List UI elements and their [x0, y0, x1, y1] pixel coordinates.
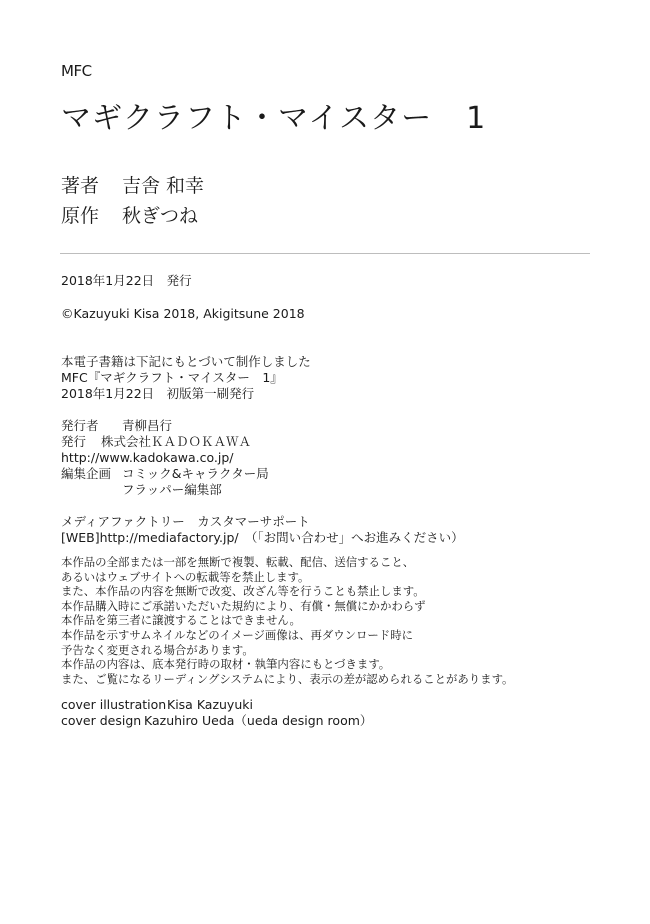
credits-block: 著者 吉舎 和幸 原作 秋ぎつね: [61, 171, 204, 231]
credit-original-work: 原作 秋ぎつね: [61, 201, 204, 231]
publisher-company-label: 発行: [61, 434, 101, 450]
editorial-row: 編集企画 コミック&キャラクター局: [61, 466, 269, 482]
staff-label: cover design: [61, 713, 144, 729]
publisher-person-row: 発行者 青柳昌行: [61, 418, 269, 434]
release-date: 2018年1月22日 発行: [61, 273, 192, 289]
disclaimer-line: 本作品を示すサムネイルなどのイメージ画像は、再ダウンロード時に: [61, 628, 513, 643]
credit-role: 著者: [61, 171, 122, 201]
credit-role: 原作: [61, 201, 122, 231]
publisher-company-value: 株式会社ＫＡＤＯＫＡＷＡ: [101, 434, 251, 450]
legal-disclaimer: 本作品の全部または一部を無断で複製、転載、配信、送信すること、 あるいはウェブサ…: [61, 555, 513, 686]
editorial-value: コミック&キャラクター局: [122, 466, 269, 482]
staff-row-illustration: cover illustration Kisa Kazuyuki: [61, 697, 372, 713]
volume-number: 1: [466, 100, 486, 138]
imprint-label: MFC: [61, 62, 92, 80]
credit-author: 著者 吉舎 和幸: [61, 171, 204, 201]
customer-support-block: メディアファクトリー カスタマーサポート [WEB]http://mediafa…: [61, 514, 464, 546]
publisher-block: 発行者 青柳昌行 発行 株式会社ＫＡＤＯＫＡＷＡ http://www.kado…: [61, 418, 269, 498]
staff-label: cover illustration: [61, 697, 167, 713]
support-name: メディアファクトリー カスタマーサポート: [61, 514, 464, 530]
section-divider: [60, 253, 590, 254]
book-title: マギクラフト・マイスター 1: [61, 100, 486, 138]
disclaimer-line: 本作品の全部または一部を無断で複製、転載、配信、送信すること、: [61, 555, 513, 570]
publisher-url[interactable]: http://www.kadokawa.co.jp/: [61, 450, 269, 466]
disclaimer-line: また、本作品の内容を無断で改変、改ざん等を行うことも禁止します。: [61, 584, 513, 599]
disclaimer-line: また、ご覧になるリーディングシステムにより、表示の差が認められることがあります。: [61, 672, 513, 687]
publisher-company-row: 発行 株式会社ＫＡＤＯＫＡＷＡ: [61, 434, 269, 450]
staff-value: Kisa Kazuyuki: [167, 697, 253, 713]
publisher-person-label: 発行者: [61, 418, 122, 434]
source-line: 2018年1月22日 初版第一刷発行: [61, 386, 311, 402]
copyright-notice: ©Kazuyuki Kisa 2018, Akigitsune 2018: [61, 306, 305, 322]
editorial-label: 編集企画: [61, 466, 122, 482]
cover-staff-block: cover illustration Kisa Kazuyuki cover d…: [61, 697, 372, 729]
disclaimer-line: 予告なく変更される場合があります。: [61, 643, 513, 658]
source-line: 本電子書籍は下記にもとづいて制作しました: [61, 354, 311, 370]
disclaimer-line: あるいはウェブサイトへの転載等を禁止します。: [61, 570, 513, 585]
staff-row-design: cover design Kazuhiro Ueda（ueda design r…: [61, 713, 372, 729]
publisher-person-value: 青柳昌行: [122, 418, 172, 434]
source-edition-block: 本電子書籍は下記にもとづいて制作しました MFC『マギクラフト・マイスター 1』…: [61, 354, 311, 402]
disclaimer-line: 本作品を第三者に譲渡することはできません。: [61, 613, 513, 628]
credit-name: 秋ぎつね: [122, 201, 198, 231]
disclaimer-line: 本作品の内容は、底本発行時の取材・執筆内容にもとづきます。: [61, 657, 513, 672]
editorial-dept: フラッパー編集部: [61, 482, 269, 498]
disclaimer-line: 本作品購入時にご承諾いただいた規約により、有償・無償にかかわらず: [61, 599, 513, 614]
source-line: MFC『マギクラフト・マイスター 1』: [61, 370, 311, 386]
staff-value: Kazuhiro Ueda（ueda design room）: [144, 713, 372, 729]
book-title-main: マギクラフト・マイスター: [61, 100, 432, 138]
credit-name: 吉舎 和幸: [122, 171, 204, 201]
support-web-link[interactable]: [WEB]http://mediafactory.jp/ （「お問い合わせ」へお…: [61, 530, 464, 546]
